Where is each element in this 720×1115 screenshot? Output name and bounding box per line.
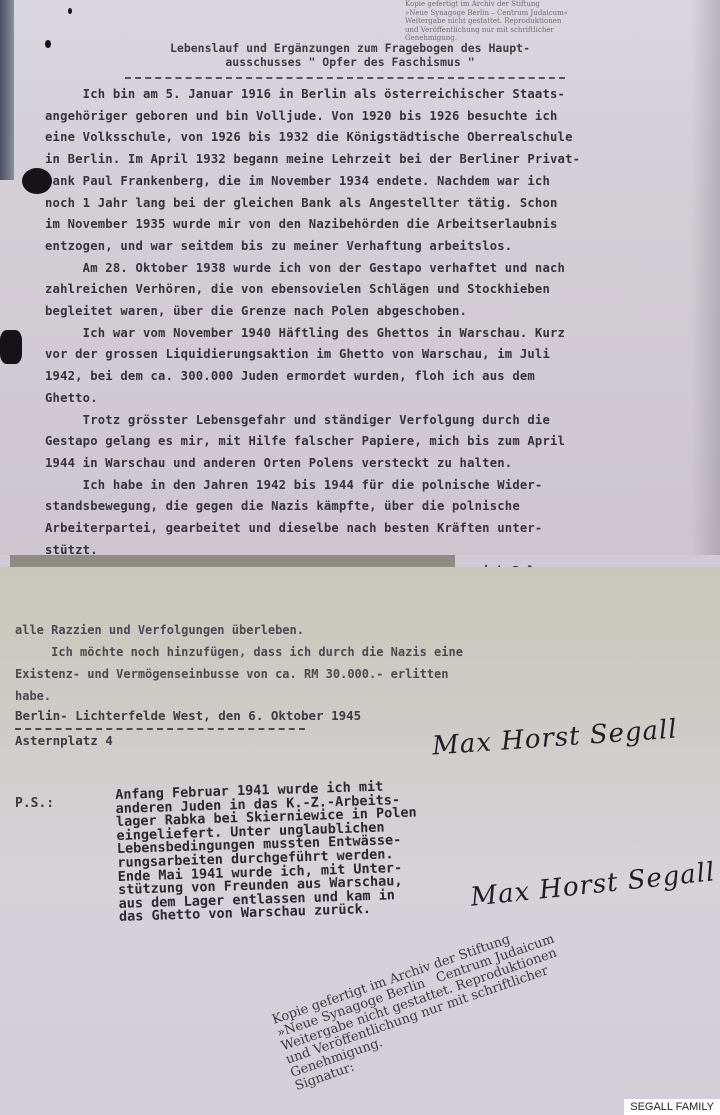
address: Asternplatz 4 — [15, 733, 113, 748]
page-header-strip — [10, 555, 455, 567]
text-line: alle Razzien und Verfolgungen überleben. — [15, 619, 695, 641]
text-line: Arbeiterpartei, gearbeitet und dieselbe … — [45, 518, 710, 540]
text-line: im November 1935 wurde mir von den Nazib… — [45, 214, 710, 236]
text-line: 1942, bei dem ca. 300.000 Juden ermordet… — [45, 366, 710, 388]
text-line: standsbewegung, die gegen die Nazis kämp… — [45, 496, 710, 518]
stamp-line: »Neue Synagoge Berlin – Centrum Judaicum… — [405, 9, 650, 18]
text-line: entzogen, und war seitdem bis zu meiner … — [45, 236, 710, 258]
text-line: noch 1 Jahr lang bei der gleichen Bank a… — [45, 193, 710, 215]
text-line: Am 28. Oktober 1938 wurde ich von der Ge… — [45, 258, 710, 280]
text-line: bank Paul Frankenberg, die im November 1… — [45, 171, 710, 193]
text-line: Existenz- und Vermögenseinbusse von ca. … — [15, 663, 695, 685]
document-title: Lebenslauf und Ergänzungen zum Frageboge… — [120, 41, 580, 69]
text-line: Trotz grösster Lebensgefahr und ständige… — [45, 410, 710, 432]
ink-speck — [45, 40, 51, 48]
stamp-line: Weitergabe nicht gestattet. Reproduktion… — [405, 17, 650, 26]
text-line: Ich war vom November 1940 Häftling des G… — [45, 323, 710, 345]
text-line: 1944 in Warschau und anderen Orten Polen… — [45, 453, 710, 475]
text-line: begleitet waren, über die Grenze nach Po… — [45, 301, 710, 323]
text-line: Ich bin am 5. Januar 1916 in Berlin als … — [45, 84, 710, 106]
text-line: zahlreichen Verhören, die von ebensoviel… — [45, 279, 710, 301]
photo-credit: SEGALL FAMILY — [624, 1099, 720, 1115]
stamp-line: Kopie gefertigt im Archiv der Stiftung — [405, 0, 650, 9]
place-date: Berlin- Lichterfelde West, den 6. Oktobe… — [15, 706, 361, 725]
archive-stamp-top: Kopie gefertigt im Archiv der Stiftung »… — [405, 0, 650, 43]
text-line: angehöriger geboren und bin Volljude. Vo… — [45, 106, 710, 128]
text-line: Ghetto. — [45, 388, 710, 410]
text-line: habe. — [15, 685, 695, 707]
text-line: vor der grossen Liquidierungsaktion im G… — [45, 344, 710, 366]
place-date-underline — [15, 728, 305, 730]
text-line: Ich möchte noch hinzufügen, dass ich dur… — [15, 641, 695, 663]
ink-blot — [22, 168, 52, 194]
ink-blot — [0, 330, 22, 364]
text-line: Ich habe in den Jahren 1942 bis 1944 für… — [45, 475, 710, 497]
title-line: ausschusses " Opfer des Faschismus " — [120, 55, 580, 69]
title-underline — [125, 77, 565, 79]
title-line: Lebenslauf und Ergänzungen zum Frageboge… — [120, 41, 580, 55]
page2-body-text: alle Razzien und Verfolgungen überleben.… — [15, 619, 695, 707]
ps-label: P.S.: — [15, 796, 54, 811]
text-line: in Berlin. Im April 1932 begann meine Le… — [45, 149, 710, 171]
document-page-1: Kopie gefertigt im Archiv der Stiftung »… — [0, 0, 720, 555]
ink-speck — [68, 8, 72, 14]
text-line: eine Volksschule, von 1926 bis 1932 die … — [45, 127, 710, 149]
stamp-line: und Veröffentlichung nur mit schriftlich… — [405, 26, 650, 35]
page1-body-text: Ich bin am 5. Januar 1916 in Berlin als … — [45, 84, 710, 627]
text-line: Gestapo gelang es mir, mit Hilfe falsche… — [45, 431, 710, 453]
